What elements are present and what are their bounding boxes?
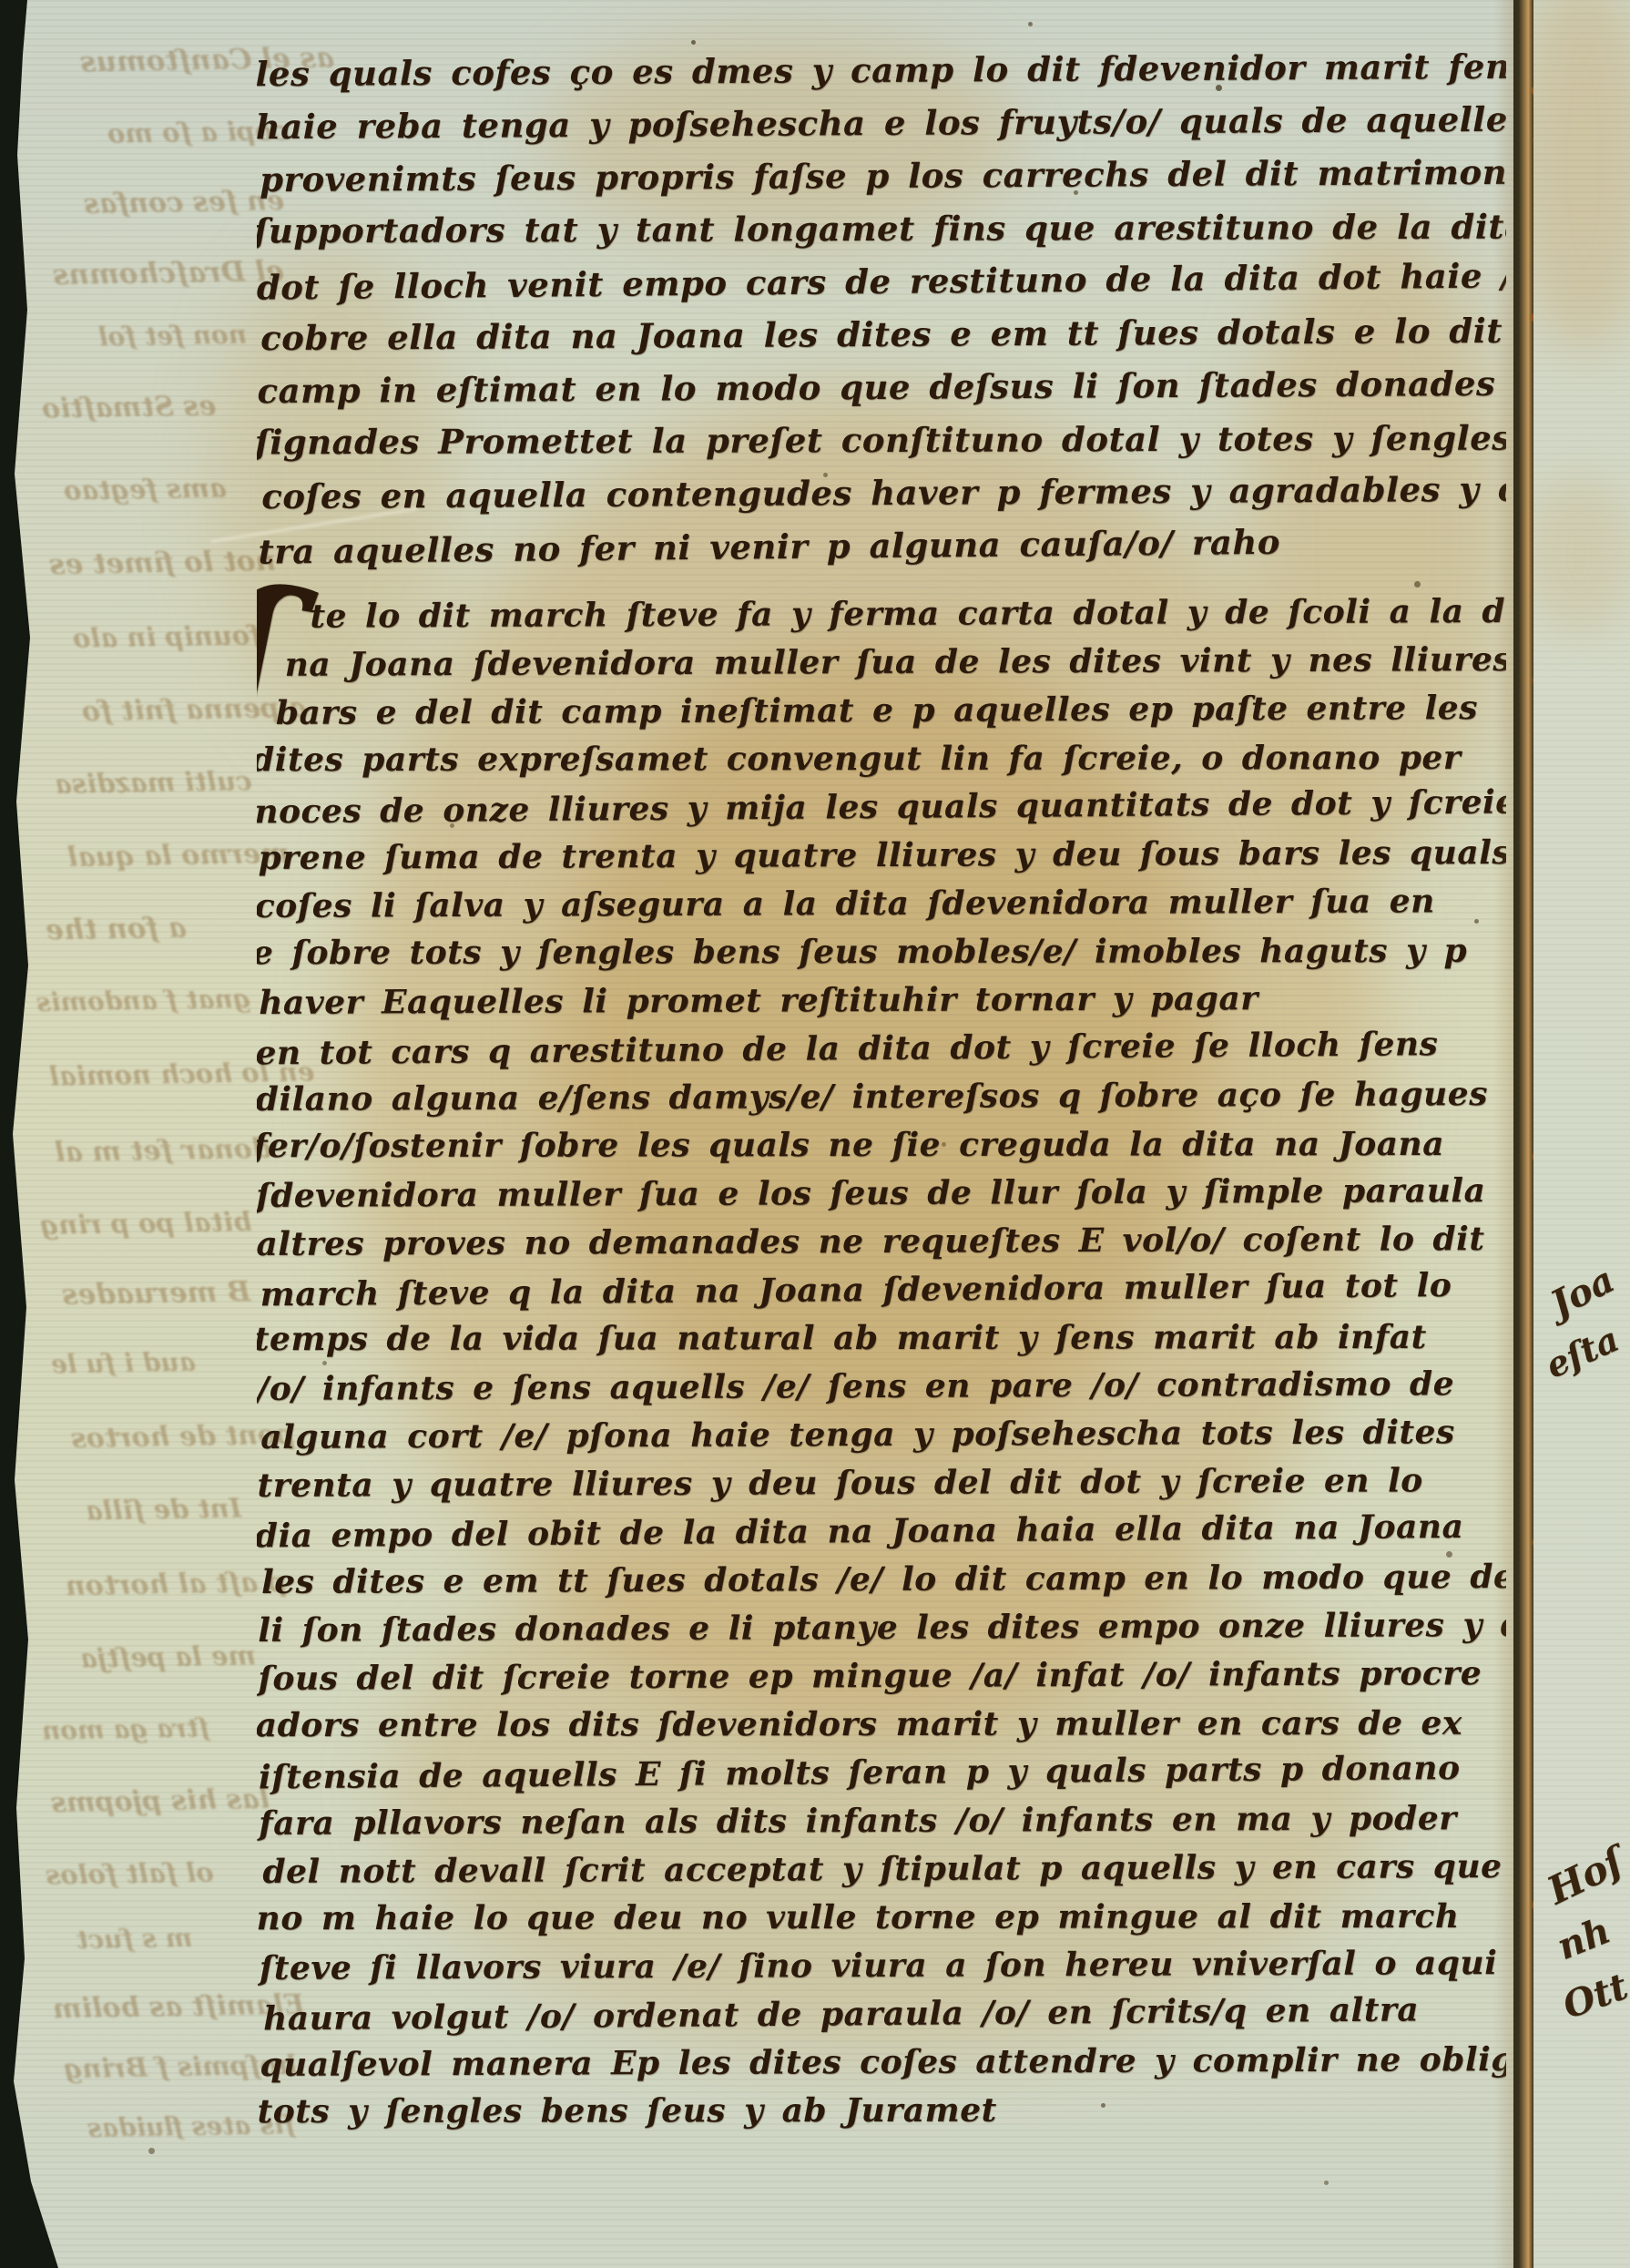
manuscript-line: les quals cofes ço es dmes y camp lo dit… [257, 44, 1505, 100]
manuscript-line: haura volgut /o/ ordenat de paraula /o/ … [263, 1986, 1506, 2044]
showthrough-text: las his pjopms [51, 1783, 270, 1819]
facing-page-edge: Joa eſta Hoſ nh Ott [1533, 0, 1630, 2268]
manuscript-line: ſdevenidora muller ſua e los ſeus de llu… [257, 1167, 1505, 1221]
showthrough-text: gnat f andomis [36, 984, 251, 1017]
manuscript-line: temps de la vida ſua natural ab marit y … [257, 1313, 1506, 1364]
manuscript-line: coſes li ſalva y aſsegura a la dita ſdev… [257, 877, 1504, 931]
manuscript-line: camp in eſtimat en lo modo que deſsus li… [257, 357, 1506, 417]
showthrough-text: ſtra ga mon [42, 1712, 209, 1745]
paragraph-2: te lo dit march ſteve fa y ferma carta d… [257, 587, 1506, 2135]
manuscript-page: as el Canſtomus copi a ſo mo en ſes conf… [0, 0, 1513, 2268]
manuscript-line: bars e del dit camp ineſtimat e p aquell… [258, 684, 1503, 738]
manuscript-line: tra aquelles no fer ni venir p alguna ca… [258, 513, 1506, 577]
manuscript-line: les dites e em tt ſues dotals /e/ lo dit… [261, 1553, 1506, 1607]
manuscript-line: dilano alguna e/ſens damys/e/ intereſsos… [257, 1070, 1505, 1124]
manuscript-line: te lo dit march ſteve fa y ferma carta d… [257, 587, 1503, 641]
manuscript-line: qualſevol manera Ep les dites coſes atte… [260, 2036, 1506, 2089]
showthrough-text: B meruades [62, 1275, 251, 1312]
showthrough-text: Int de ſilla [86, 1493, 242, 1527]
manuscript-line: ſignades Promettet la preſet conſtituno … [257, 412, 1506, 469]
showthrough-text: founip in alo [73, 619, 261, 654]
manuscript-line: march ſteve q la dita na Joana ſdevenido… [260, 1262, 1505, 1320]
manuscript-line: tots y ſengles bens ſeus y ab Juramet [258, 2086, 1506, 2135]
manuscript-line: alguna cort /e/ pſona haie tenga y poſse… [260, 1408, 1506, 1462]
showthrough-text: el Draſchomns [53, 255, 284, 291]
showthrough-text: es Stmaſtio [42, 390, 217, 424]
showthrough-text: culti mazdisa [55, 765, 252, 800]
showthrough-text: en ſes confas [84, 185, 285, 220]
manuscript-line: noces de onze lliures y mija les quals q… [257, 779, 1504, 837]
showthrough-text: ams fegtao [64, 472, 227, 506]
manuscript-line: na Joana ſdevenidora muller ſua de les d… [257, 636, 1503, 690]
showthrough-text: me la peſtja [80, 1640, 257, 1673]
manuscript-line: del nott devall ſcrit acceptat y ſtipula… [262, 1843, 1506, 1896]
manuscript-line: dot ſe lloch venit empo cars de restitun… [257, 249, 1506, 313]
manuscript-line: iſtensia de aquells E ſi molts ſeran p y… [259, 1744, 1506, 1803]
paragraph-1: les quals cofes ço es dmes y camp lo dit… [257, 44, 1506, 576]
manuscript-line: no m haie lo que deu no vulle torne ep m… [257, 1893, 1506, 1943]
manuscript-line: trenta y quatre lliures y deu ſous del d… [257, 1456, 1506, 1510]
manuscript-line: en tot cars q arestituno de la dita dot … [257, 1020, 1505, 1078]
foxing-specks [0, 0, 3, 3]
manuscript-line: cobre ella dita na Joana les dites e em … [260, 304, 1506, 364]
showthrough-text: bital po p ring [40, 1206, 252, 1241]
manuscript-line: altres proves no demanades ne requeſtes … [257, 1215, 1506, 1269]
manuscript-line: /o/ infants e ſens aquells /e/ ſens en p… [257, 1360, 1506, 1414]
manuscript-line: provenimts ſeus propris faſse p los carr… [260, 146, 1505, 206]
manuscript-line: dia empo del obit de la dita na Joana ha… [257, 1503, 1506, 1561]
manuscript-line: coſes en aquella contengudes haver p fer… [261, 463, 1506, 523]
showthrough-text: non fet fol [98, 320, 248, 352]
manuscript-line: haver Eaquelles li promet reſtituhir tor… [259, 974, 1504, 1027]
manuscript-line: adors entre los dits ſdevenidors marit y… [257, 1700, 1506, 1750]
showthrough-text: aud i fu le [51, 1347, 196, 1380]
manuscript-line: prene ſuma de trenta y quatre lliures y … [258, 829, 1503, 883]
manuscript-line: fara pllavors neſan als dits infants /o/… [259, 1794, 1506, 1848]
showthrough-text: a fon the [46, 912, 187, 947]
manuscript-line: e ſobre tots y ſengles bens ſeus mobles/… [257, 927, 1504, 977]
manuscript-line: ſteve ſi llavors viura /e/ ſino viura a … [260, 1939, 1506, 1993]
manuscript-text-block: les quals cofes ço es dmes y camp lo dit… [257, 44, 1506, 2135]
manuscript-line: dites parts expreſsamet convengut lin fa… [257, 734, 1503, 784]
manuscript-line: ſous del dit ſcreie torne ep mingue /a/ … [258, 1650, 1506, 1703]
manuscript-line: li ſon ſtades donades e li ptanye les di… [258, 1601, 1506, 1655]
manuscript-line: haie reba tenga y poſsehescha e los fruy… [257, 93, 1505, 153]
showthrough-text: ol ſalt folos [46, 1856, 214, 1890]
showthrough-text: not lo fimet es [49, 545, 277, 581]
manuscript-line: fer/o/ſostenir ſobre les quals ne ſie cr… [257, 1120, 1505, 1170]
showthrough-text: p aſt al horton [66, 1567, 287, 1602]
showthrough-text: m s fuct [76, 1923, 193, 1955]
showthrough-text: donar fet m al [55, 1133, 271, 1169]
scan-background: as el Canſtomus copi a ſo mo en ſes conf… [0, 0, 1630, 2268]
manuscript-line: ſupportadors tat y tant longamet fins qu… [257, 200, 1506, 258]
